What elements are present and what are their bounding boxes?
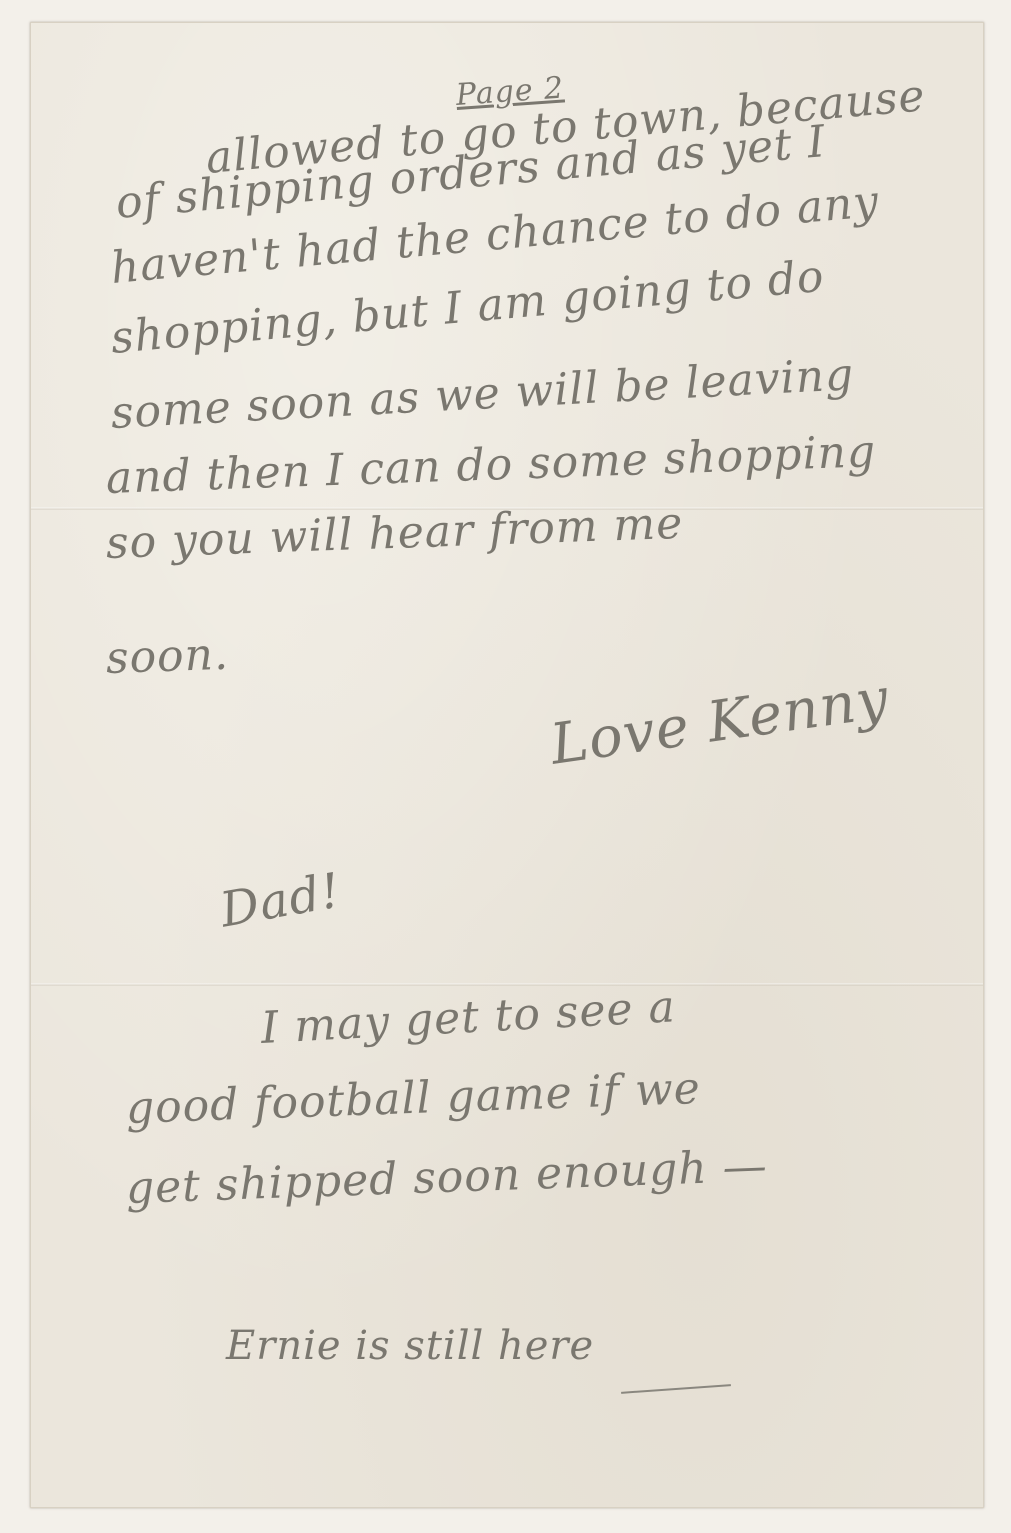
signature: Love Kenny xyxy=(546,666,892,778)
paper-fold-line xyxy=(31,983,983,986)
letter-page: Page 2 allowed to go to town, because of… xyxy=(30,22,984,1508)
postscript-underline xyxy=(621,1384,731,1394)
note-line: I may get to see a xyxy=(260,981,677,1054)
body-line: some soon as we will be leaving xyxy=(110,349,856,439)
body-line: soon. xyxy=(105,629,230,684)
salutation: Dad! xyxy=(216,862,345,938)
postscript: Ernie is still here xyxy=(226,1323,594,1369)
note-line: get shipped soon enough — xyxy=(125,1141,768,1214)
note-line: good football game if we xyxy=(125,1063,701,1134)
body-line: and then I can do some shopping xyxy=(105,426,877,504)
